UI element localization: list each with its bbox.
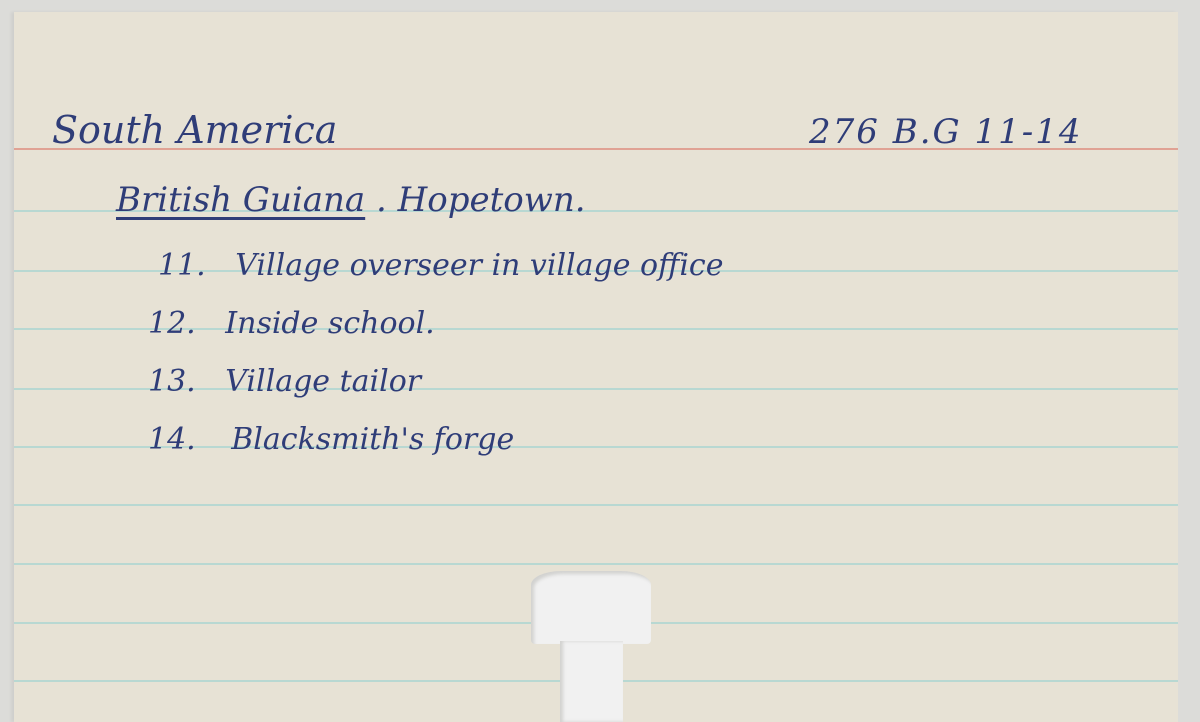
item-number: 12.: [148, 306, 196, 341]
slot-neck: [560, 641, 623, 722]
item-number: 13.: [148, 364, 196, 399]
item-text: Blacksmith's forge: [231, 422, 514, 457]
rotary-file-slot: [531, 571, 651, 722]
ruled-line: [14, 504, 1178, 506]
list-item: 12. Inside school.: [148, 306, 435, 341]
card-reference: 276 B.G 11-14: [809, 112, 1082, 152]
item-number: 11.: [158, 248, 206, 283]
item-text: Inside school.: [225, 306, 434, 341]
card-subheading: British Guiana: [116, 180, 365, 220]
list-item: 13. Village tailor: [148, 364, 421, 399]
card-heading: South America: [52, 108, 337, 152]
list-item: 14. Blacksmith's forge: [148, 422, 514, 457]
item-text: Village overseer in village office: [235, 248, 723, 283]
ruled-line: [14, 563, 1178, 565]
slot-head: [531, 571, 651, 644]
item-number: 14.: [148, 422, 196, 457]
card-subheading-row: British Guiana . Hopetown.: [116, 180, 586, 220]
list-item: 11. Village overseer in village office: [158, 248, 723, 283]
card-location: . Hopetown.: [376, 180, 586, 220]
item-text: Village tailor: [225, 364, 421, 399]
